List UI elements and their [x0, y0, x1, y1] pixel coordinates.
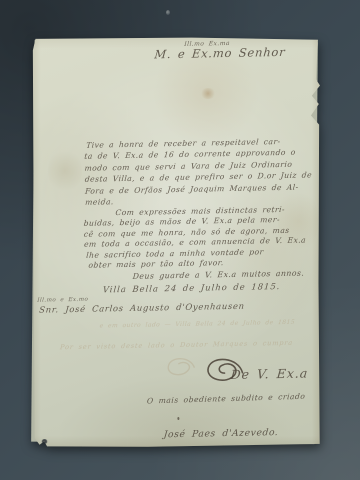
letter-photo: Ill.mo Ex.ma M. e Ex.mo Senhor Tive a ho…	[0, 0, 360, 480]
place-date-line: Villa Bella 24 de Julho de 1815.	[103, 282, 281, 294]
bleedthrough-line: e em outro lado — Villa Bella 24 de Julh…	[99, 320, 295, 330]
body-line: lhe sacrifico toda a minha vontade por	[86, 248, 264, 259]
bleedthrough-flourish	[164, 354, 198, 381]
body-line: em toda a occasião, e com annuencia de V…	[84, 237, 307, 249]
body-line: Fora e de Orfãos José Joaquim Marques de…	[85, 184, 299, 196]
addressee-line: Snr. José Carlos Augusto d'Oyenhausen	[39, 302, 245, 314]
obedience-line: O mais obediente subdito e criado	[147, 393, 306, 405]
valediction: De V. Ex.a	[230, 367, 309, 381]
signature: José Paes d'Azevedo.	[163, 428, 279, 439]
closing-formula: Deus guarde a V. Ex.a muitos annos.	[132, 270, 304, 281]
bleedthrough-line: Por ser visto deste lado o Doutor Marque…	[60, 340, 294, 351]
letter-paper: Ill.mo Ex.ma M. e Ex.mo Senhor Tive a ho…	[32, 36, 322, 448]
salutation: M. e Ex.mo Senhor	[154, 47, 286, 61]
body-line: obter mais por tão alto favor.	[88, 259, 224, 269]
handwriting-layer: Ill.mo Ex.ma M. e Ex.mo Senhor Tive a ho…	[28, 33, 326, 450]
body-line: meida.	[85, 198, 114, 206]
body-line: desta Villa, e a de que prefiro ser o D.…	[84, 171, 312, 183]
ink-dot	[177, 417, 179, 420]
body-line: ta de V. Ex.a de 16 do corrente approvan…	[84, 149, 296, 161]
